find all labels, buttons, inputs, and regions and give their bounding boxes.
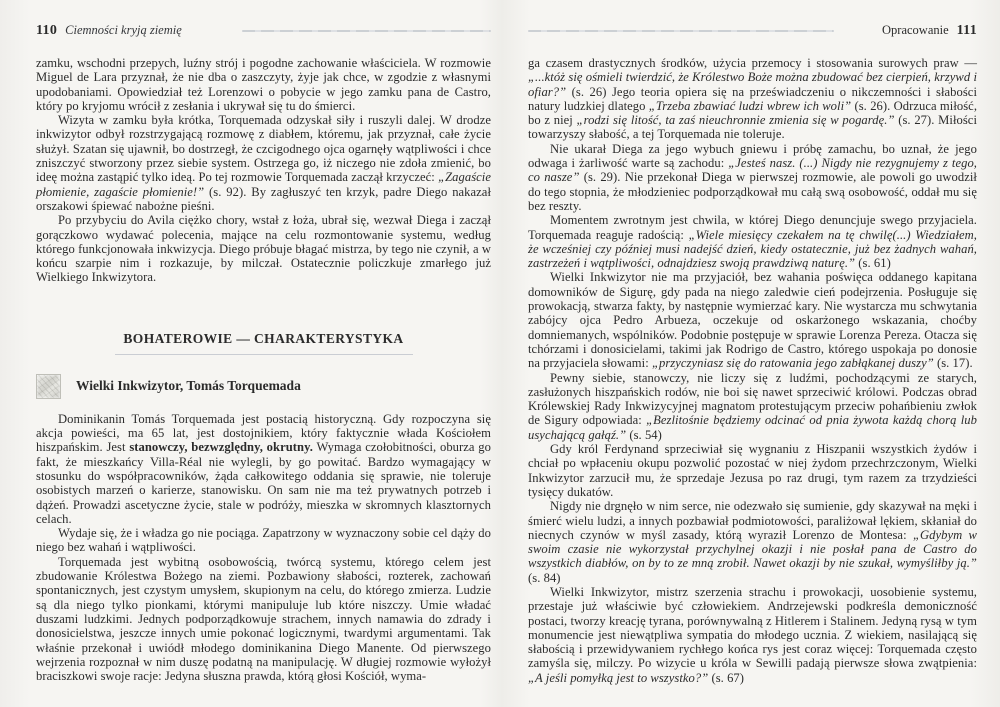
paragraph: Torquemada jest wybitną osobowością, twó… bbox=[36, 555, 491, 684]
paragraph: zamku, wschodni przepych, luźny strój i … bbox=[36, 56, 491, 113]
right-running-head: Opracowanie 111 bbox=[528, 22, 977, 39]
text-run: „A jeśli pomyłką jest to wszystko?” bbox=[528, 671, 708, 685]
right-page: Opracowanie 111 ga czasem drastycznych ś… bbox=[528, 22, 977, 685]
paragraph: Pewny siebie, stanowczy, nie liczy się z… bbox=[528, 371, 977, 442]
left-body-bottom: Dominikanin Tomás Torquemada jest postac… bbox=[36, 412, 491, 684]
right-running-title: Opracowanie bbox=[882, 22, 949, 38]
text-run: Po przybyciu do Avila ciężko chory, wsta… bbox=[36, 213, 491, 284]
paragraph: Nigdy nie drgnęło w nim serce, nie odezw… bbox=[528, 499, 977, 585]
header-rule bbox=[528, 30, 834, 32]
text-run: (s. 29). Nie przekonał Diega w pierwszej… bbox=[528, 170, 977, 213]
left-running-title: Ciemności kryją ziemię bbox=[65, 22, 182, 38]
subsection-header: Wielki Inkwizytor, Tomás Torquemada bbox=[36, 374, 491, 399]
left-body-top: zamku, wschodni przepych, luźny strój i … bbox=[36, 56, 491, 285]
text-run: Wielki Inkwizytor, mistrz szerzenia stra… bbox=[528, 585, 977, 670]
paragraph: Gdy król Ferdynand sprzeciwiał się wygna… bbox=[528, 442, 977, 499]
text-run: (s. 17). bbox=[934, 356, 973, 370]
text-run: (s. 61) bbox=[855, 256, 891, 270]
text-run: Gdy król Ferdynand sprzeciwiał się wygna… bbox=[528, 442, 977, 499]
text-run: stanowczy, bezwzględny, okrutny. bbox=[129, 440, 313, 454]
left-page: 110 Ciemności kryją ziemię zamku, wschod… bbox=[36, 22, 491, 683]
paragraph: Wizyta w zamku była krótka, Torquemada o… bbox=[36, 113, 491, 213]
header-rule bbox=[242, 30, 491, 32]
text-run: (s. 84) bbox=[528, 571, 561, 585]
paragraph: Po przybyciu do Avila ciężko chory, wsta… bbox=[36, 213, 491, 284]
text-run: „rodzi się litość, ta zaś nieuchronnie z… bbox=[577, 113, 895, 127]
right-page-number: 111 bbox=[957, 23, 977, 39]
text-run: ga czasem drastycznych środków, użycia p… bbox=[528, 56, 977, 70]
section-heading-rule bbox=[115, 354, 413, 355]
right-body: ga czasem drastycznych środków, użycia p… bbox=[528, 56, 977, 685]
book-spread: 110 Ciemności kryją ziemię zamku, wschod… bbox=[0, 0, 1000, 707]
chapter-ornament-icon bbox=[36, 374, 61, 399]
text-run: Torquemada jest wybitną osobowością, twó… bbox=[36, 555, 491, 683]
paragraph: ga czasem drastycznych środków, użycia p… bbox=[528, 56, 977, 142]
paragraph: Momentem zwrotnym jest chwila, w której … bbox=[528, 213, 977, 270]
paragraph: Wydaje się, że i władza go nie pociąga. … bbox=[36, 526, 491, 555]
text-run: „przyczyniasz się do ratowania jego zabł… bbox=[652, 356, 934, 370]
text-run: Nigdy nie drgnęło w nim serce, nie odezw… bbox=[528, 499, 977, 542]
paragraph: Wielki Inkwizytor, mistrz szerzenia stra… bbox=[528, 585, 977, 685]
subsection-title: Wielki Inkwizytor, Tomás Torquemada bbox=[76, 378, 301, 394]
text-run: Wydaje się, że i władza go nie pociąga. … bbox=[36, 526, 491, 554]
left-page-number: 110 bbox=[36, 23, 57, 39]
text-run: zamku, wschodni przepych, luźny strój i … bbox=[36, 56, 491, 113]
text-run: Wizyta w zamku była krótka, Torquemada o… bbox=[36, 113, 491, 184]
text-run: „Trzeba zbawiać ludzi wbrew ich woli” bbox=[649, 99, 851, 113]
left-running-head: 110 Ciemności kryją ziemię bbox=[36, 22, 491, 39]
paragraph: Wielki Inkwizytor nie ma przyjaciół, bez… bbox=[528, 270, 977, 370]
text-run: (s. 67) bbox=[708, 671, 744, 685]
paragraph: Dominikanin Tomás Torquemada jest postac… bbox=[36, 412, 491, 526]
section-heading: BOHATEROWIE — CHARAKTERYSTYKA bbox=[36, 331, 491, 347]
paragraph: Nie ukarał Diega za jego wybuch gniewu i… bbox=[528, 142, 977, 213]
text-run: (s. 54) bbox=[626, 428, 662, 442]
